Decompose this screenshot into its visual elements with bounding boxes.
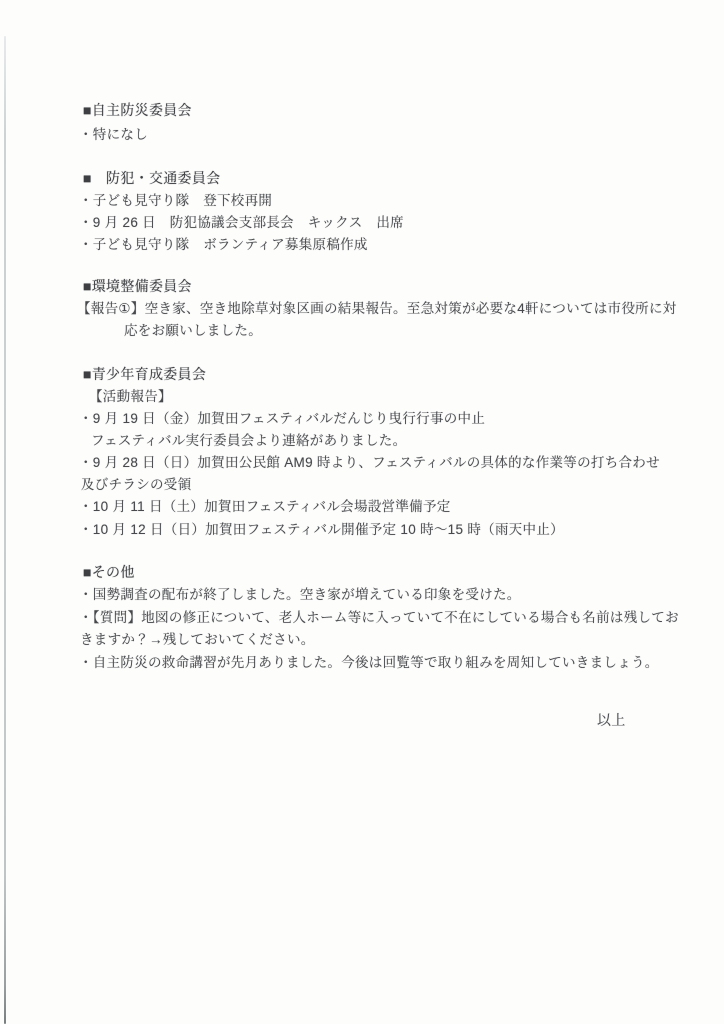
bullet-line: ・9 月 28 日（日）加賀田公民館 AM9 時より、フェスティバルの具体的な作… xyxy=(79,453,660,472)
continuation-line: きますか？→残しておいてください。 xyxy=(80,630,315,649)
bullet-line: ・【質問】地図の修正について、老人ホーム等に入っていて不在にしている場合も名前は… xyxy=(79,608,679,627)
bullet-line: ・10 月 12 日（日）加賀田フェスティバル開催予定 10 時～15 時（雨天… xyxy=(79,520,564,539)
report-line: 【報告①】空き家、空き地除草対象区画の結果報告。至急対策が必要な4軒については市… xyxy=(77,299,677,318)
report-continuation-line: 応をお願いしました。 xyxy=(124,321,262,340)
bullet-line: ・10 月 11 日（土）加賀田フェスティバル会場設営準備予定 xyxy=(79,497,451,516)
bullet-line: ・9 月 19 日（金）加賀田フェスティバルだんじり曳行行事の中止 xyxy=(79,409,485,428)
section-heading: ■自主防災委員会 xyxy=(83,101,192,120)
bullet-line: ・自主防災の救命講習が先月ありました。今後は回覧等で取り組みを周知していきましょ… xyxy=(79,653,659,672)
bullet-line: ・国勢調査の配布が終了しました。空き家が増えている印象を受けた。 xyxy=(79,585,521,604)
section-heading: ■青少年育成委員会 xyxy=(83,365,206,384)
closing-ijou: 以上 xyxy=(597,711,626,730)
section-heading: ■ 防犯・交通委員会 xyxy=(83,169,220,188)
bullet-line: ・子ども見守り隊 登下校再開 xyxy=(79,191,272,210)
bullet-line: ・子ども見守り隊 ボランティア募集原稿作成 xyxy=(79,235,368,254)
bullet-line: ・9 月 26 日 防犯協議会支部長会 キックス 出席 xyxy=(79,213,404,232)
scan-edge-artifact xyxy=(4,36,6,1024)
subheading-line: 【活動報告】 xyxy=(89,387,172,406)
section-heading: ■その他 xyxy=(83,563,135,582)
section-heading: ■環境整備委員会 xyxy=(83,277,192,296)
continuation-line: フェスティバル実行委員会より連絡がありました。 xyxy=(91,431,406,450)
bullet-line: ・特になし xyxy=(79,125,148,144)
scanned-document-page: ■自主防災委員会 ・特になし ■ 防犯・交通委員会 ・子ども見守り隊 登下校再開… xyxy=(0,0,724,1024)
continuation-line: 及びチラシの受領 xyxy=(81,475,191,494)
